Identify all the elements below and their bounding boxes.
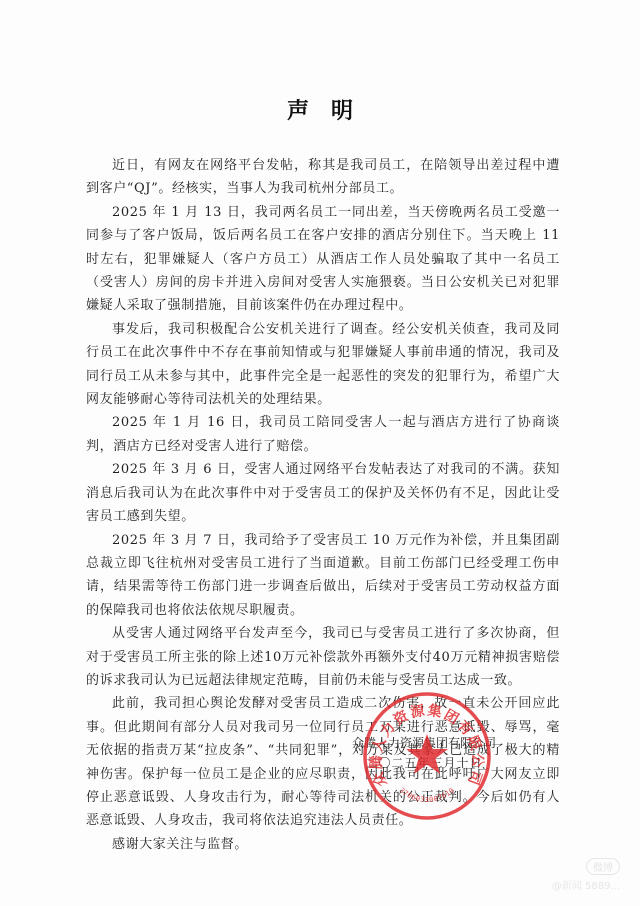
seal-number: 3706033007619 <box>398 786 456 804</box>
paragraph-investigation: 事发后，我司积极配合公安机关进行了调查。经公安机关侦查，我司及同行员工在此次事件… <box>86 318 560 412</box>
paragraph-mar7: 2025 年 3 月 7 日，我司给予了受害员工 10 万元作为补偿，并且集团副… <box>86 529 560 623</box>
company-seal-icon: 众腾人力资源集团有限公司 3706033007619 <box>361 690 493 822</box>
document-page: 声明 近日，有网友在网络平台发帖，称其是我司员工，在陪领导出差过程中遭到客户“Q… <box>0 0 640 906</box>
paragraph-jan16: 2025 年 1 月 16 日，我司员工陪同受害人一起与酒店方进行了协商谈判，酒… <box>86 411 560 458</box>
watermark-text: @新闻 5889... <box>552 877 620 892</box>
paragraph-intro: 近日，有网友在网络平台发帖，称其是我司员工，在陪领导出差过程中遭到客户“QJ”。… <box>86 154 560 201</box>
paragraph-mar6: 2025 年 3 月 6 日，受害人通过网络平台发帖表达了对我司的不满。获知消息… <box>86 458 560 528</box>
paragraph-jan13: 2025 年 1 月 13 日，我司两名员工一同出差，当天傍晚两名员工受邀一同参… <box>86 201 560 318</box>
weibo-watermark: 微博 @新闻 5889... <box>552 856 620 892</box>
paragraph-thanks: 感谢大家关注与监督。 <box>86 833 560 856</box>
document-title: 声明 <box>0 94 640 125</box>
svg-text:3706033007619: 3706033007619 <box>398 786 456 804</box>
weibo-logo-icon: 微博 <box>586 858 620 875</box>
paragraph-negotiation: 从受害人通过网络平台发声至今，我司已与受害员工进行了多次协商，但对于受害员工所主… <box>86 622 560 692</box>
